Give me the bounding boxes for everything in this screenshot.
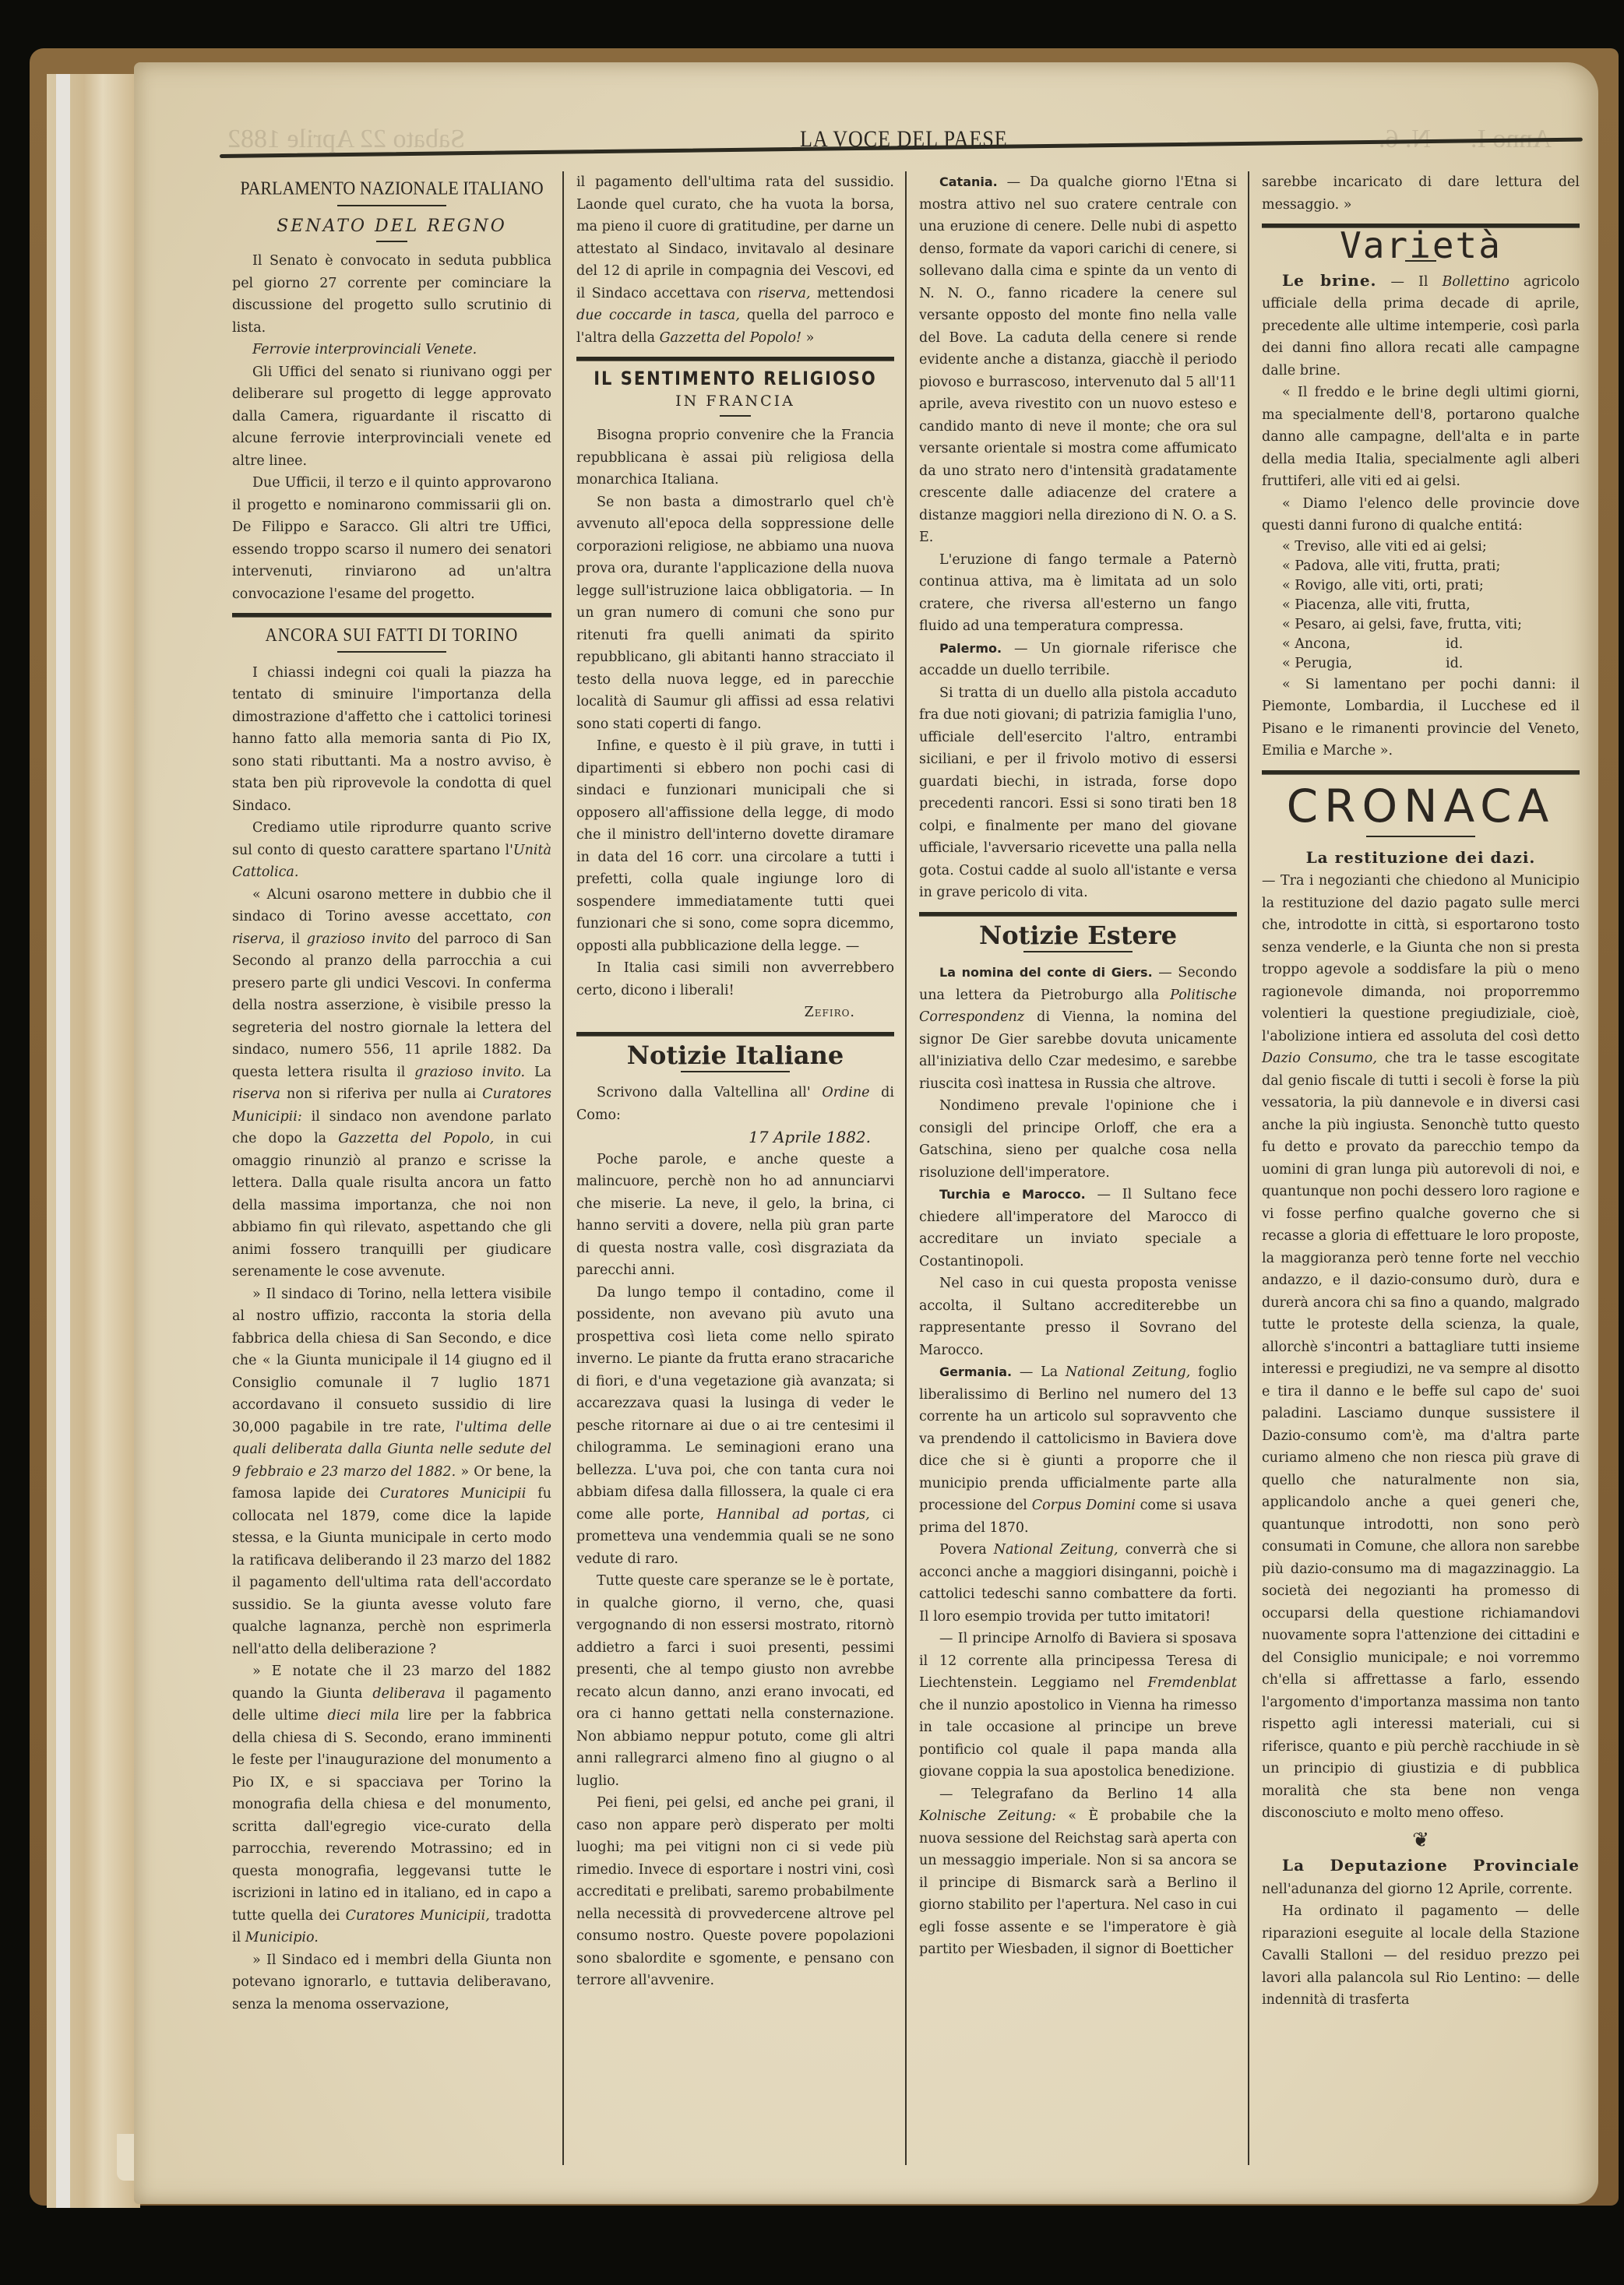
province-damage: alle viti ed ai gelsi; — [1356, 537, 1487, 557]
italic-text: Gazzetta del Popolo! — [660, 330, 802, 346]
italic-text: riserva, — [758, 286, 811, 301]
text: Scrivono dalla Valtellina all' — [597, 1085, 822, 1100]
italic-text: Dazio Consumo, — [1262, 1051, 1377, 1066]
paragraph: Palermo. — Un giornale riferisce che acc… — [919, 638, 1237, 682]
italic-text: Municipio. — [245, 1930, 319, 1945]
italic-text: Curatores Municipii — [380, 1486, 527, 1502]
newspaper-page: Sabato 22 Aprile 1882 LA VOCE DEL PAESE … — [134, 62, 1598, 2204]
italic-text: dieci mila — [328, 1708, 400, 1723]
column-3: Catania. — Da qualche giorno l'Etna si m… — [905, 171, 1248, 2165]
short-rule — [1366, 836, 1475, 837]
text: mettendosi — [811, 286, 894, 301]
text: in cui omaggio rinunziò al pranzo e scri… — [232, 1131, 551, 1280]
subheading-dazi: La restituzione dei dazi. — [1262, 847, 1580, 871]
italic-text: Bollettino — [1443, 274, 1510, 290]
province-list: « Treviso,alle viti ed ai gelsi; « Padov… — [1262, 537, 1580, 674]
paragraph: — Telegrafano da Berlino 14 alla Kolnisc… — [919, 1783, 1237, 1961]
heading-senato: SENATO DEL REGNO — [232, 216, 551, 238]
text: foglio liberalissimo di Berlino nel nume… — [919, 1364, 1237, 1513]
bold-heading: La Deputazione Provinciale — [1282, 1856, 1580, 1875]
text: che il nunzio apostolico in Vienna ha ri… — [919, 1698, 1237, 1780]
paragraph: Le brine. — Il Bollettino agricolo uffic… — [1262, 269, 1580, 382]
paragraph: Bisogna proprio convenire che la Francia… — [576, 424, 894, 491]
bold-label: Le brine. — [1282, 271, 1377, 290]
paragraph: Infine, e questo è il più grave, in tutt… — [576, 735, 894, 957]
paragraph: Due Ufficii, il terzo e il quinto approv… — [232, 472, 551, 605]
italic-text: grazioso invito. — [414, 1065, 525, 1080]
italic-text: Curatores Municipii, — [346, 1908, 490, 1924]
paragraph: « Si lamentano per pochi danni: il Piemo… — [1262, 674, 1580, 762]
italic-text: grazioso invito — [307, 931, 410, 947]
paragraph: sarebbe incaricato di dare lettura del m… — [1262, 171, 1580, 216]
italic-text: Fremdenblat — [1147, 1675, 1237, 1691]
text: fu collocata nel 1879, come dice la lapi… — [232, 1486, 551, 1657]
paragraph: La nomina del conte di Giers. — Secondo … — [919, 962, 1237, 1095]
heading-varieta: Varietà — [1262, 234, 1580, 257]
dateline: 17 Aprile 1882. — [576, 1126, 894, 1149]
text: « Alcuni osarono mettere in dubbio che i… — [232, 887, 551, 925]
paragraph: Da lungo tempo il contadino, come il pos… — [576, 1282, 894, 1571]
province-item: « Treviso,alle viti ed ai gelsi; — [1262, 537, 1580, 557]
text: il pagamento dell'ultima rata del sussid… — [576, 174, 894, 301]
italic-text: Kolnische Zeitung: — [919, 1808, 1056, 1824]
tiny-rule — [720, 415, 751, 417]
column-4: sarebbe incaricato di dare lettura del m… — [1248, 171, 1591, 2165]
paragraph: « Diamo l'elenco delle provincie dove qu… — [1262, 493, 1580, 537]
paragraph: L'eruzione di fango termale a Paternò co… — [919, 549, 1237, 638]
paragraph: Povera National Zeitung, converrà che si… — [919, 1539, 1237, 1628]
paragraph: » Il Sindaco ed i membri della Giunta no… — [232, 1949, 551, 2016]
subheading-francia: IN FRANCIA — [576, 390, 894, 413]
paragraph: — Tra i negozianti che chiedono al Munic… — [1262, 870, 1580, 1825]
bold-label: Palermo. — [939, 641, 1002, 656]
text: — Tra i negozianti che chiedono al Munic… — [1262, 873, 1580, 1044]
province-item: « Ancona,id. — [1262, 635, 1580, 654]
text: » Il sindaco di Torino, nella lettera vi… — [232, 1287, 551, 1435]
paragraph: Nel caso in cui questa proposta venisse … — [919, 1273, 1237, 1361]
heading-parlamento: PARLAMENTO NAZIONALE ITALIANO — [232, 177, 551, 201]
province-name: « Perugia, — [1282, 654, 1446, 674]
province-name: « Padova, — [1282, 557, 1348, 576]
province-name: « Ancona, — [1282, 635, 1446, 654]
paper-strip — [56, 74, 70, 2208]
province-damage: alle viti, frutta, — [1367, 596, 1471, 615]
paragraph: Tutte queste care speranze se le è porta… — [576, 1570, 894, 1792]
paragraph: Gli Uffici del senato si riunivano oggi … — [232, 361, 551, 473]
text: Povera — [939, 1542, 994, 1558]
text: lire per la fabbrica della chiesa di S. … — [232, 1708, 551, 1924]
paragraph: Catania. — Da qualche giorno l'Etna si m… — [919, 171, 1237, 549]
paragraph: La Deputazione Provinciale nell'adunanza… — [1262, 1854, 1580, 1900]
section-rule — [1262, 770, 1580, 775]
province-name: « Rovigo, — [1282, 576, 1347, 596]
section-rule — [919, 912, 1237, 917]
paragraph: Se non basta a dimostrarlo quel ch'è avv… — [576, 491, 894, 736]
province-damage: ai gelsi, fave, frutta, viti; — [1352, 615, 1522, 635]
text: Crediamo utile riprodurre quanto scrive … — [232, 820, 551, 858]
text: — La — [1012, 1364, 1066, 1380]
paragraph: Germania. — La National Zeitung, foglio … — [919, 1361, 1237, 1539]
heading-notizie-estere: Notizie Estere — [919, 924, 1237, 947]
signature: Zefiro. — [576, 1002, 894, 1024]
text: — Telegrafano da Berlino 14 alla — [939, 1787, 1237, 1802]
section-rule — [576, 357, 894, 361]
text: » — [801, 330, 814, 346]
province-name: « Pesaro, — [1282, 615, 1346, 635]
columns: PARLAMENTO NAZIONALE ITALIANO SENATO DEL… — [220, 171, 1591, 2165]
text: , il — [280, 931, 307, 947]
text: nell'adunanza del giorno 12 Aprile, corr… — [1262, 1882, 1573, 1897]
short-rule — [681, 1071, 790, 1072]
heading-torino: ANCORA SUI FATTI DI TORINO — [232, 622, 551, 648]
italic-text: National Zeitung, — [1066, 1364, 1190, 1380]
text: « È probabile che la nuova sessione del … — [919, 1808, 1237, 1957]
bleed-through-date: Sabato 22 Aprile 1882 — [227, 125, 465, 154]
italic-text: Ordine — [822, 1085, 869, 1100]
bold-label: Germania. — [939, 1364, 1012, 1379]
text: del parroco di San Secondo al pranzo del… — [232, 931, 551, 1080]
paragraph: « Alcuni osarono mettere in dubbio che i… — [232, 884, 551, 1283]
province-item: « Pesaro,ai gelsi, fave, frutta, viti; — [1262, 615, 1580, 635]
paragraph: « Il freddo e le brine degli ultimi gior… — [1262, 382, 1580, 493]
section-rule — [576, 1032, 894, 1037]
italic-text: National Zeitung, — [994, 1542, 1118, 1558]
paragraph: Crediamo utile riprodurre quanto scrive … — [232, 817, 551, 884]
text: che tra le tasse escogitate dal genio fi… — [1262, 1051, 1580, 1821]
bold-label: La nomina del conte di Giers. — [939, 965, 1153, 980]
text: Da lungo tempo il contadino, come il pos… — [576, 1285, 894, 1523]
province-name: « Treviso, — [1282, 537, 1350, 557]
paragraph: I chiassi indegni coi quali la piazza ha… — [232, 662, 551, 818]
paragraph: Pei fieni, pei gelsi, ed anche pei grani… — [576, 1792, 894, 1992]
province-damage: alle viti, frutta, prati; — [1355, 557, 1500, 576]
underlying-pages — [47, 74, 140, 2208]
italic-text: deliberava — [372, 1686, 445, 1702]
province-item: « Piacenza,alle viti, frutta, — [1262, 596, 1580, 615]
paragraph: Si tratta di un duello alla pistola acca… — [919, 682, 1237, 904]
province-name: « Piacenza, — [1282, 596, 1361, 615]
text: non si riferiva per nulla ai — [280, 1086, 482, 1102]
text: La — [525, 1065, 551, 1080]
paragraph: Turchia e Marocco. — Il Sultano fece chi… — [919, 1184, 1237, 1273]
short-rule — [1023, 951, 1133, 952]
paragraph: Scrivono dalla Valtellina all' Ordine di… — [576, 1082, 894, 1126]
heading-sentimento: IL SENTIMENTO RELIGIOSO — [576, 366, 894, 392]
text: — Da qualche giorno l'Etna si mostra att… — [919, 174, 1237, 545]
province-damage: id. — [1446, 635, 1463, 654]
province-damage: id. — [1446, 654, 1463, 674]
province-damage: alle viti, orti, prati; — [1353, 576, 1484, 596]
fleuron-ornament-icon: ❦ — [1262, 1829, 1580, 1852]
text: — Il — [1377, 274, 1443, 290]
column-2: il pagamento dell'ultima rata del sussid… — [562, 171, 905, 2165]
short-rule — [337, 651, 446, 653]
italic-text: Gazzetta del Popolo, — [338, 1131, 494, 1146]
subheading-ferrovie: Ferrovie interprovinciali Venete. — [232, 339, 551, 361]
heading-cronaca: CRONACA — [1262, 781, 1580, 831]
italic-text: Hannibal ad portas, — [717, 1507, 870, 1523]
province-item: « Rovigo,alle viti, orti, prati; — [1262, 576, 1580, 596]
paragraph: — Il principe Arnolfo di Baviera si spos… — [919, 1628, 1237, 1783]
paragraph: » Il sindaco di Torino, nella lettera vi… — [232, 1283, 551, 1661]
italic-text: due coccarde in tasca, — [576, 308, 740, 323]
province-item: « Padova,alle viti, frutta, prati; — [1262, 557, 1580, 576]
bold-label: Turchia e Marocco. — [939, 1187, 1086, 1202]
paragraph: Il Senato è convocato in seduta pubblica… — [232, 250, 551, 339]
italic-text: riserva — [232, 1086, 280, 1102]
masthead: Sabato 22 Aprile 1882 LA VOCE DEL PAESE … — [134, 62, 1598, 156]
paragraph: Nondimeno prevale l'opinione che i consi… — [919, 1095, 1237, 1184]
paragraph: Poche parole, e anche queste a malincuor… — [576, 1149, 894, 1282]
paragraph: » E notate che il 23 marzo del 1882 quan… — [232, 1660, 551, 1949]
section-rule — [232, 613, 551, 618]
column-1: PARLAMENTO NAZIONALE ITALIANO SENATO DEL… — [220, 171, 562, 2165]
heading-notizie-italiane: Notizie Italiane — [576, 1044, 894, 1067]
tiny-rule — [376, 241, 407, 242]
bold-heading: La restituzione dei dazi. — [1306, 848, 1536, 867]
paragraph: Ha ordinato il pagamento — delle riparaz… — [1262, 1900, 1580, 2012]
bold-label: Catania. — [939, 174, 998, 189]
paragraph: In Italia casi simili non avverrebbero c… — [576, 957, 894, 1002]
italic-text: Corpus Domini — [1032, 1498, 1136, 1513]
province-item: « Perugia,id. — [1262, 654, 1580, 674]
short-rule — [337, 205, 446, 206]
paragraph: il pagamento dell'ultima rata del sussid… — [576, 171, 894, 349]
